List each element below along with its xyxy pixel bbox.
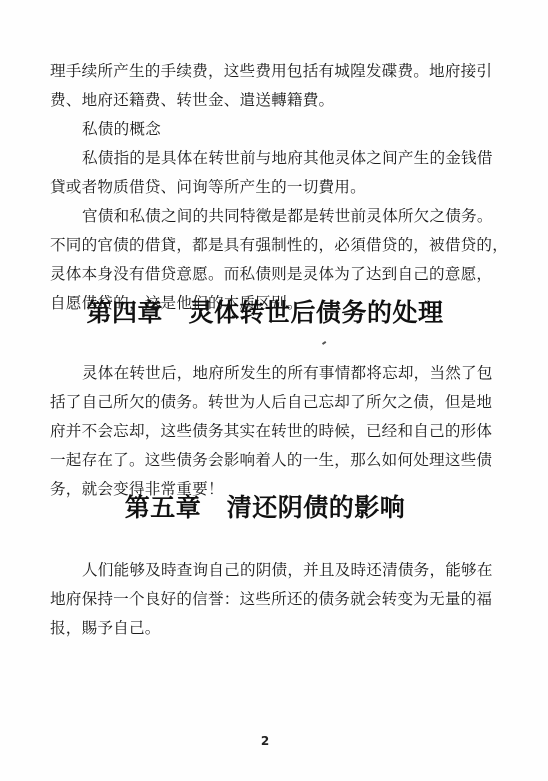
- text-line: 一起存在了。这些债务会影响着人的一生，那么如何处理这些债: [50, 450, 490, 470]
- text-line: 费、地府还籍费、转世金、遣送轉籍費。: [50, 90, 490, 110]
- text-line: 私债指的是具体在转世前与地府其他灵体之间产生的金钱借: [82, 148, 522, 168]
- chapter-4-heading: 第四章 灵体转世后债务的处理: [0, 298, 530, 328]
- text-line: 官债和私债之间的共同特徵是都是转世前灵体所欠之债务。: [82, 206, 522, 226]
- text-line: 府并不会忘却，这些债务其实在转世的時候，已经和自己的形体: [50, 421, 490, 441]
- chapter-5-heading: 第五章 清还阴债的影响: [0, 493, 530, 523]
- text-line: 括了自己所欠的债务。转世为人后自己忘却了所欠之债，但是地: [50, 392, 490, 412]
- page-number: 2: [0, 734, 530, 748]
- text-line: 人们能够及時查询自己的阴债，并且及時还清债务，能够在: [82, 560, 522, 580]
- subheading-private-debt: 私债的概念: [82, 119, 522, 139]
- text-line: 灵体本身没有借贷意愿。而私债则是灵体为了达到自己的意愿，: [50, 264, 490, 284]
- text-line: 灵体在转世后，地府所发生的所有事情都将忘却，当然了包: [82, 363, 522, 383]
- scan-speck: [322, 341, 326, 345]
- text-line: 地府保持一个良好的信誉：这些所还的债务就会转变为无量的福: [50, 589, 490, 609]
- text-line: 不同的官债的借貸，都是具有强制性的，必須借贷的，被借贷的，: [50, 235, 490, 255]
- text-line: 报，賜予自己。: [50, 618, 490, 638]
- document-page: 理手续所产生的手续费，这些费用包括有城隍发碟费。地府接引 费、地府还籍费、转世金…: [0, 0, 548, 781]
- text-line: 貸或者物质借贷、问询等所产生的一切費用。: [50, 177, 490, 197]
- text-line: 理手续所产生的手续费，这些费用包括有城隍发碟费。地府接引: [50, 61, 490, 81]
